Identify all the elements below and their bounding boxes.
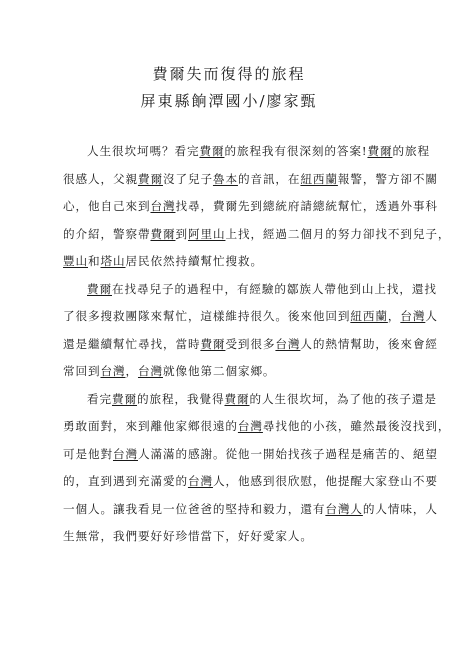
text-line: 還是繼續幫忙尋找，當時費爾受到很多台灣人的熱情幫助，後來會經 xyxy=(63,333,395,361)
proper-noun-underlined: 台灣 xyxy=(275,337,300,351)
text-run: 上找，經過二個月的努力卻找不到兒子， xyxy=(225,227,450,241)
text-run: 很感人，父親 xyxy=(63,172,138,186)
proper-noun-underlined: 魯本 xyxy=(213,172,238,186)
text-run: 人 xyxy=(425,309,438,323)
text-run: 可是他對 xyxy=(63,447,113,461)
text-run: 和 xyxy=(88,254,101,268)
proper-noun-underlined: 豐山 xyxy=(63,254,88,268)
proper-noun-underlined: 台灣 xyxy=(400,309,425,323)
text-run: 的人情味，人 xyxy=(363,502,438,516)
text-run: 看完 xyxy=(87,392,112,406)
proper-noun-underlined: 台灣 xyxy=(188,474,213,488)
document-page: 費爾失而復得的旅程 屏東縣餉潭國小/廖家甄 人生很坎坷嗎？看完費爾的旅程我有很深… xyxy=(0,0,458,648)
text-run: 的音訊，在 xyxy=(238,172,300,186)
text-run: 人生很坎坷嗎？看完 xyxy=(87,144,199,158)
text-run: 到 xyxy=(175,227,188,241)
text-run: 人的熱情幫助，後來會經 xyxy=(300,337,437,351)
text-line: 的介紹，警察帶費爾到阿里山上找，經過二個月的努力卻找不到兒子， xyxy=(63,223,395,251)
text-run: 在找尋兒子的過程中，有經驗的鄒族人帶他到山上找，還找 xyxy=(112,282,437,296)
text-line: 很感人，父親費爾沒了兒子魯本的音訊，在紐西蘭報警，警方卻不關 xyxy=(63,168,395,196)
proper-noun-underlined: 台灣 xyxy=(138,364,163,378)
text-run: 居民依然持續幫忙搜救。 xyxy=(126,254,263,268)
proper-noun-underlined: 台灣 xyxy=(100,364,125,378)
text-run: ， xyxy=(125,364,138,378)
text-run: ， xyxy=(388,309,401,323)
text-run: 的旅程 xyxy=(392,144,429,158)
text-run: 生無常，我們要好好珍惜當下，好好愛家人。 xyxy=(63,529,313,543)
text-line: 費爾在找尋兒子的過程中，有經驗的鄒族人帶他到山上找，還找 xyxy=(63,278,395,306)
text-line: 看完費爾的旅程，我覺得費爾的人生很坎坷，為了他的孩子還是 xyxy=(63,388,395,416)
text-line: 可是他對台灣人滿滿的感謝。從他一開始找孩子過程是痛苦的、絕望 xyxy=(63,443,395,471)
text-run: 沒了兒子 xyxy=(163,172,213,186)
proper-noun-underlined: 台灣 xyxy=(238,419,263,433)
proper-noun-underlined: 紐西蘭 xyxy=(350,309,387,323)
document-body: 人生很坎坷嗎？看完費爾的旅程我有很深刻的答案!費爾的旅程很感人，父親費爾沒了兒子… xyxy=(63,140,395,553)
text-run: 就像他第二個家鄉。 xyxy=(163,364,275,378)
proper-noun-underlined: 費爾 xyxy=(150,227,175,241)
author-line: 屏東縣餉潭國小/廖家甄 xyxy=(0,90,458,111)
text-run: 勇敢面對，來到離他家鄉很遠的 xyxy=(63,419,238,433)
text-run: 的旅程，我覺得 xyxy=(137,392,224,406)
proper-noun-underlined: 紐西蘭 xyxy=(300,172,337,186)
text-run: 心，他自己來到 xyxy=(63,199,150,213)
text-run: 人滿滿的感謝。從他一開始找孩子過程是痛苦的、絕望 xyxy=(138,447,438,461)
text-run: 的，直到遇到充滿愛的 xyxy=(63,474,188,488)
text-line: 的，直到遇到充滿愛的台灣人，他感到很欣慰，他提醒大家登山不要 xyxy=(63,470,395,498)
paragraph: 費爾在找尋兒子的過程中，有經驗的鄒族人帶他到山上找，還找了很多搜救團隊來幫忙，這… xyxy=(63,278,395,388)
text-line: 人生很坎坷嗎？看完費爾的旅程我有很深刻的答案!費爾的旅程 xyxy=(63,140,395,168)
proper-noun-underlined: 費爾 xyxy=(199,144,224,158)
text-run: 受到很多 xyxy=(225,337,275,351)
proper-noun-underlined: 塔山 xyxy=(101,254,126,268)
text-run: 的旅程我有很深刻的答案! xyxy=(224,144,367,158)
text-line: 生無常，我們要好好珍惜當下，好好愛家人。 xyxy=(63,525,395,553)
paragraph: 人生很坎坷嗎？看完費爾的旅程我有很深刻的答案!費爾的旅程很感人，父親費爾沒了兒子… xyxy=(63,140,395,278)
text-line: 豐山和塔山居民依然持續幫忙搜救。 xyxy=(63,250,395,278)
proper-noun-underlined: 台灣 xyxy=(150,199,175,213)
text-line: 心，他自己來到台灣找尋，費爾先到總統府請總統幫忙，透過外事科 xyxy=(63,195,395,223)
proper-noun-underlined: 費爾 xyxy=(224,392,249,406)
text-run: 報警，警方卻不關 xyxy=(338,172,438,186)
text-run: 的介紹，警察帶 xyxy=(63,227,150,241)
text-run: 一個人。讓我看見一位爸爸的堅持和毅力，還有 xyxy=(63,502,325,516)
document-title: 費爾失而復得的旅程 xyxy=(0,63,458,84)
paragraph: 看完費爾的旅程，我覺得費爾的人生很坎坷，為了他的孩子還是勇敢面對，來到離他家鄉很… xyxy=(63,388,395,553)
text-run: 還是繼續幫忙尋找，當時 xyxy=(63,337,200,351)
text-line: 了很多搜救團隊來幫忙，這樣維持很久。後來他回到紐西蘭，台灣人 xyxy=(63,305,395,333)
text-line: 常回到台灣，台灣就像他第二個家鄉。 xyxy=(63,360,395,388)
proper-noun-underlined: 台灣人 xyxy=(325,502,362,516)
text-run: 常回到 xyxy=(63,364,100,378)
text-run: 人，他感到很欣慰，他提醒大家登山不要 xyxy=(213,474,438,488)
text-run: 找尋，費爾先到總統府請總統幫忙，透過外事科 xyxy=(175,199,437,213)
text-run: 的人生很坎坷，為了他的孩子還是 xyxy=(249,392,436,406)
proper-noun-underlined: 台灣 xyxy=(113,447,138,461)
text-line: 勇敢面對，來到離他家鄉很遠的台灣尋找他的小孩，雖然最後沒找到， xyxy=(63,415,395,443)
proper-noun-underlined: 費爾 xyxy=(367,144,392,158)
proper-noun-underlined: 費爾 xyxy=(138,172,163,186)
proper-noun-underlined: 阿里山 xyxy=(188,227,225,241)
proper-noun-underlined: 費爾 xyxy=(200,337,225,351)
text-run: 尋找他的小孩，雖然最後沒找到， xyxy=(263,419,450,433)
proper-noun-underlined: 費爾 xyxy=(87,282,112,296)
text-run: 了很多搜救團隊來幫忙，這樣維持很久。後來他回到 xyxy=(63,309,350,323)
text-line: 一個人。讓我看見一位爸爸的堅持和毅力，還有台灣人的人情味，人 xyxy=(63,498,395,526)
proper-noun-underlined: 費爾 xyxy=(112,392,137,406)
